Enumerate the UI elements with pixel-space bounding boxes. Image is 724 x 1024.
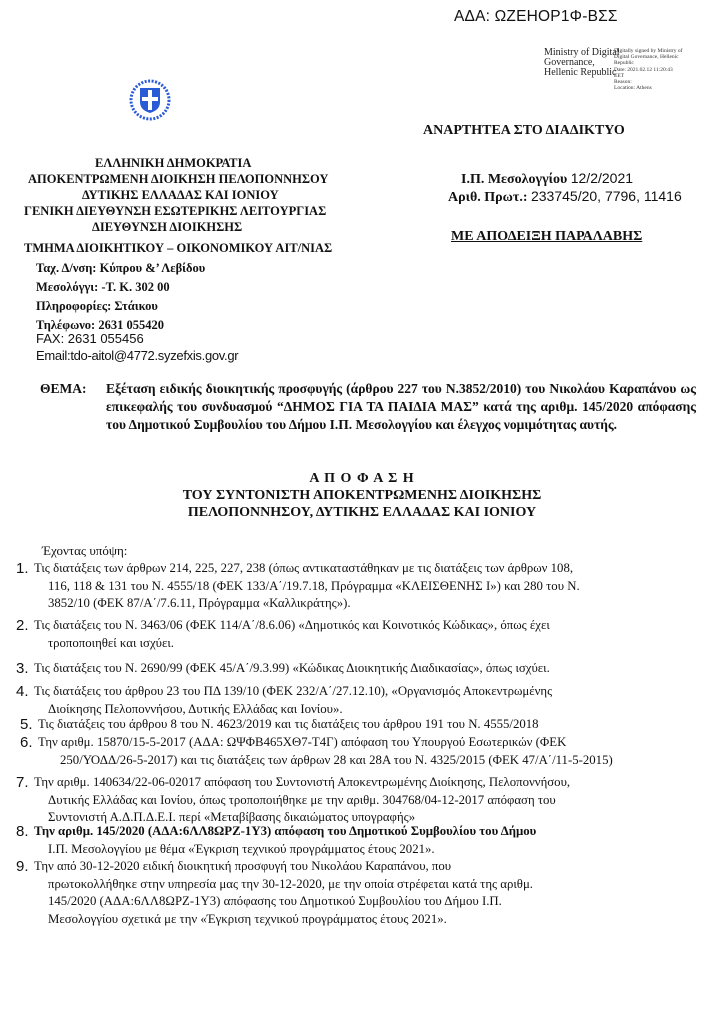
header-line: ΤΜΗΜΑ ΔΙΟΙΚΗΤΙΚΟΥ – ΟΙΚΟΝΟΜΙΚΟΥ ΑΙΤ/ΝΙΑΣ	[24, 240, 332, 257]
list-item: 2. Τις διατάξεις του Ν. 3463/06 (ΦΕΚ 114…	[16, 617, 686, 652]
protocol-number: Αριθ. Πρωτ.: 233745/20, 7796, 11416	[448, 188, 682, 206]
decision-issuer-line2: ΠΕΛΟΠΟΝΝΗΣΟΥ, ΔΥΤΙΚΗΣ ΕΛΛΑΔΑΣ ΚΑΙ ΙΟΝΙΟΥ	[0, 504, 724, 521]
document-date: 12/2/2021	[571, 170, 633, 186]
subject-text: Εξέταση ειδικής διοικητικής προσφυγής (ά…	[106, 380, 696, 434]
list-item: 5. Τις διατάξεις του άρθρου 8 του Ν. 462…	[20, 716, 690, 734]
item-line: Τις διατάξεις του άρθρου 8 του Ν. 4623/2…	[20, 716, 690, 734]
item-number: 3.	[16, 660, 29, 678]
item-line: τροποποιηθεί και ισχύει.	[16, 635, 686, 653]
item-number: 4.	[16, 683, 29, 701]
item-line: Μεσολογγίου σχετικά με την «Έγκριση τεχν…	[16, 911, 686, 929]
list-item: 1. Τις διατάξεις των άρθρων 214, 225, 22…	[16, 560, 686, 613]
publish-online-notice: ΑΝΑΡΤΗΤΕΑ ΣΤΟ ΔΙΑΔΙΚΤΥΟ	[423, 123, 625, 139]
having-regard-heading: Έχοντας υπόψη:	[42, 543, 127, 559]
item-number: 2.	[16, 617, 29, 635]
list-item: 3. Τις διατάξεις του Ν. 2690/99 (ΦΕΚ 45/…	[16, 660, 686, 678]
decision-title: Α Π Ο Φ Α Σ Η	[0, 470, 724, 487]
contact-address: Ταχ. Δ/νση: Κύπρου &’ Λεβίδου	[36, 260, 205, 277]
list-item: 6. Την αριθμ. 15870/15-5-2017 (ΑΔΑ: ΩΨΦΒ…	[20, 734, 690, 769]
item-line: 250/ΥΟΔΔ/26-5-2017) και τις διατάξεις τω…	[20, 752, 690, 770]
contact-fax: FAX: 2631 055456	[36, 330, 144, 347]
header-line: ΓΕΝΙΚΗ ΔΙΕΥΘΥΝΣΗ ΕΣΩΤΕΡΙΚΗΣ ΛΕΙΤΟΥΡΓΙΑΣ	[24, 203, 326, 220]
place-date: Ι.Π. Μεσολογγίου 12/2/2021	[461, 170, 633, 188]
signature-detail: Date: 2021.02.12 11:20:43	[614, 67, 682, 73]
item-number: 5.	[20, 716, 33, 734]
subject-label: ΘΕΜΑ:	[40, 380, 87, 398]
item-line: Την από 30-12-2020 ειδική διοικητική προ…	[16, 858, 686, 876]
item-line: Τις διατάξεις του Ν. 3463/06 (ΦΕΚ 114/Α΄…	[16, 617, 686, 635]
item-line: 3852/10 (ΦΕΚ 87/Α΄/7.6.11, Πρόγραμμα «Κα…	[16, 595, 686, 613]
item-number: 1.	[16, 560, 29, 578]
item-line: πρωτοκολλήθηκε στην υπηρεσία μας την 30-…	[16, 876, 686, 894]
protocol-label: Αριθ. Πρωτ.:	[448, 190, 527, 205]
protocol-value: 233745/20, 7796, 11416	[531, 188, 682, 204]
receipt-notice: ΜΕ ΑΠΟΔΕΙΞΗ ΠΑΡΑΛΑΒΗΣ	[451, 229, 642, 245]
item-line: Τις διατάξεις των άρθρων 214, 225, 227, …	[16, 560, 686, 578]
list-item: 4. Τις διατάξεις του άρθρου 23 του ΠΔ 13…	[16, 683, 686, 718]
item-number: 9.	[16, 858, 29, 876]
item-number: 7.	[16, 774, 29, 792]
list-item: 8. Την αριθμ. 145/2020 (ΑΔΑ:6ΛΛ8ΩΡΖ-1Υ3)…	[16, 823, 686, 858]
list-item: 7. Την αριθμ. 140634/22-06-02017 απόφαση…	[16, 774, 686, 827]
header-line: ΕΛΛΗΝΙΚΗ ΔΗΜΟΚΡΑΤΙΑ	[95, 155, 251, 172]
contact-city: Μεσολόγγι: -Τ. Κ. 302 00	[36, 279, 170, 296]
item-line: Την αριθμ. 15870/15-5-2017 (ΑΔΑ: ΩΨΦΒ465…	[20, 734, 690, 752]
header-line: ΔΙΕΥΘΥΝΣΗ ΔΙΟΙΚΗΣΗΣ	[92, 219, 242, 236]
digital-signature-name: Ministry of Digital Governance, Hellenic…	[544, 48, 620, 78]
header-line: ΔΥΤΙΚΗΣ ΕΛΛΑΔΑΣ ΚΑΙ ΙΟΝΙΟΥ	[82, 187, 279, 204]
place-label: Ι.Π. Μεσολογγίου	[461, 172, 567, 187]
contact-info: Πληροφορίες: Στάικου	[36, 298, 158, 315]
list-item: 9. Την από 30-12-2020 ειδική διοικητική …	[16, 858, 686, 928]
item-line: Την αριθμ. 140634/22-06-02017 απόφαση το…	[16, 774, 686, 792]
item-line: Ι.Π. Μεσολογγίου με θέμα «Έγκριση τεχνικ…	[16, 841, 686, 859]
header-line: ΑΠΟΚΕΝΤΡΩΜΕΝΗ ΔΙΟΙΚΗΣΗ ΠΕΛΟΠΟΝΝΗΣΟΥ	[28, 171, 328, 188]
digital-signature-details: Digitally signed by Ministry of Digital …	[614, 48, 682, 91]
item-line: Τις διατάξεις του άρθρου 23 του ΠΔ 139/1…	[16, 683, 686, 701]
signature-line: Hellenic Republic	[544, 68, 620, 78]
item-line: Την αριθμ. 145/2020 (ΑΔΑ:6ΛΛ8ΩΡΖ-1Υ3) απ…	[16, 823, 686, 841]
decision-issuer-line1: ΤΟΥ ΣΥΝΤΟΝΙΣΤΗ ΑΠΟΚΕΝΤΡΩΜΕΝΗΣ ΔΙΟΙΚΗΣΗΣ	[0, 487, 724, 504]
item-line: Δυτικής Ελλάδας και Ιονίου, όπως τροποπο…	[16, 792, 686, 810]
item-number: 8.	[16, 823, 29, 841]
greek-coat-of-arms-icon	[128, 78, 172, 122]
signature-detail: Location: Athens	[614, 85, 682, 91]
item-line: 145/2020 (ΑΔΑ:6ΛΛ8ΩΡΖ-1Υ3) απόφασης του …	[16, 893, 686, 911]
contact-email[interactable]: Email:tdo-aitol@4772.syzefxis.gov.gr	[36, 347, 238, 364]
item-line: Τις διατάξεις του Ν. 2690/99 (ΦΕΚ 45/Α΄/…	[16, 660, 686, 678]
ada-code: ΑΔΑ: ΩΖΕΗΟΡ1Φ-ΒΣΣ	[454, 8, 618, 26]
item-number: 6.	[20, 734, 33, 752]
item-line: 116, 118 & 131 του Ν. 4555/18 (ΦΕΚ 133/Α…	[16, 578, 686, 596]
